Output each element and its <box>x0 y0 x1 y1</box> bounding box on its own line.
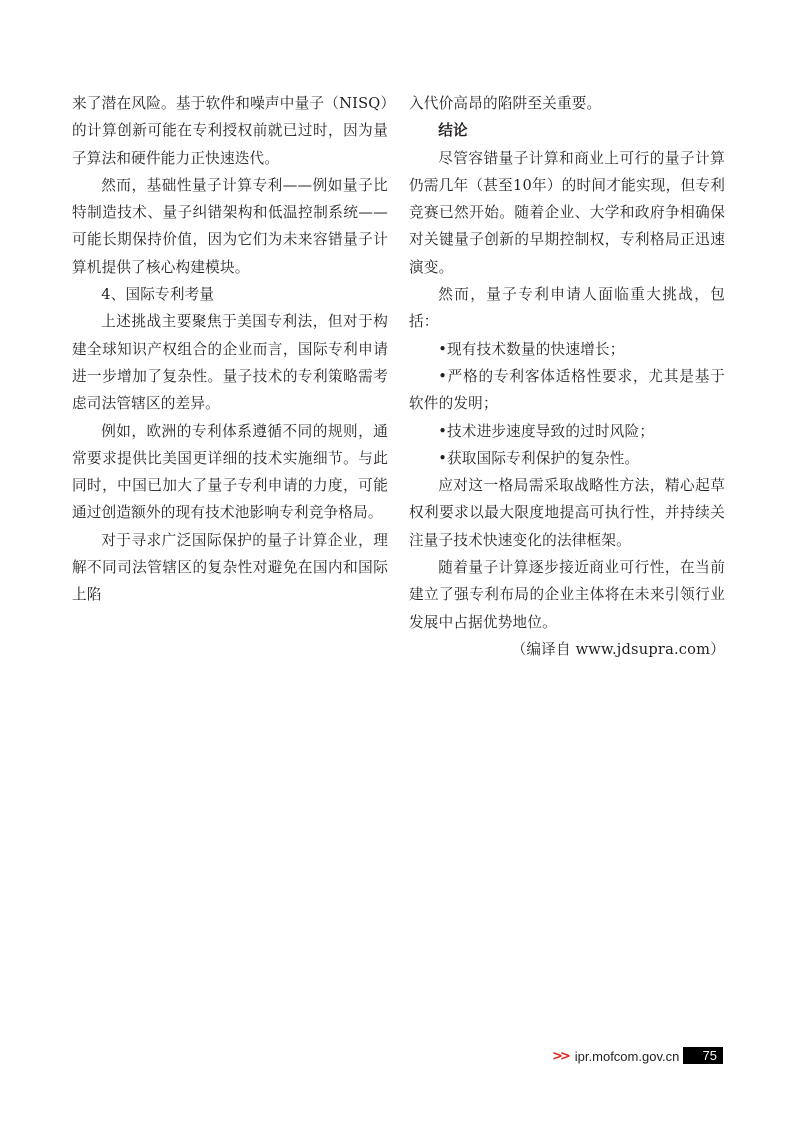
paragraph: 然而，基础性量子计算专利——例如量子比特制造技术、量子纠错架构和低温控制系统——… <box>72 172 388 281</box>
paragraph: 对于寻求广泛国际保护的量子计算企业，理解不同司法管辖区的复杂性对避免在国内和国际… <box>72 527 388 609</box>
paragraph: 来了潜在风险。基于软件和噪声中量子（NISQ）的计算创新可能在专利授权前就已过时… <box>72 90 388 172</box>
page-number: 75 <box>683 1047 723 1064</box>
paragraph: 尽管容错量子计算和商业上可行的量子计算仍需几年（甚至10年）的时间才能实现，但专… <box>409 145 725 281</box>
page-footer: >> ipr.mofcom.gov.cn <box>552 1046 679 1066</box>
double-chevron-icon: >> <box>552 1049 568 1064</box>
paragraph: 入代价高昂的陷阱至关重要。 <box>409 90 725 117</box>
paragraph: 随着量子计算逐步接近商业可行性，在当前建立了强专利布局的企业主体将在未来引领行业… <box>409 554 725 636</box>
paragraph: 应对这一格局需采取战略性方法，精心起草权利要求以最大限度地提高可执行性，并持续关… <box>409 472 725 554</box>
bullet-item: •获取国际专利保护的复杂性。 <box>409 445 725 472</box>
website-url: ipr.mofcom.gov.cn <box>575 1049 680 1064</box>
section-heading: 4、国际专利考量 <box>72 281 388 308</box>
bullet-item: •现有技术数量的快速增长； <box>409 336 725 363</box>
bullet-item: •技术进步速度导致的过时风险； <box>409 418 725 445</box>
paragraph: 上述挑战主要聚焦于美国专利法，但对于构建全球知识产权组合的企业而言，国际专利申请… <box>72 308 388 417</box>
paragraph: 例如，欧洲的专利体系遵循不同的规则，通常要求提供比美国更详细的技术实施细节。与此… <box>72 418 388 527</box>
source-citation: （编译自 www.jdsupra.com） <box>482 636 725 663</box>
paragraph: 然而，量子专利申请人面临重大挑战，包括： <box>409 281 725 336</box>
left-column: 来了潜在风险。基于软件和噪声中量子（NISQ）的计算创新可能在专利授权前就已过时… <box>72 90 388 609</box>
bullet-item: •严格的专利客体适格性要求，尤其是基于软件的发明； <box>409 363 725 418</box>
conclusion-heading: 结论 <box>409 117 725 144</box>
right-column: 入代价高昂的陷阱至关重要。 结论 尽管容错量子计算和商业上可行的量子计算仍需几年… <box>409 90 725 663</box>
paragraph-text: 随着量子计算逐步接近商业可行性，在当前建立了强专利布局的企业主体将在未来引领行业… <box>409 559 725 631</box>
